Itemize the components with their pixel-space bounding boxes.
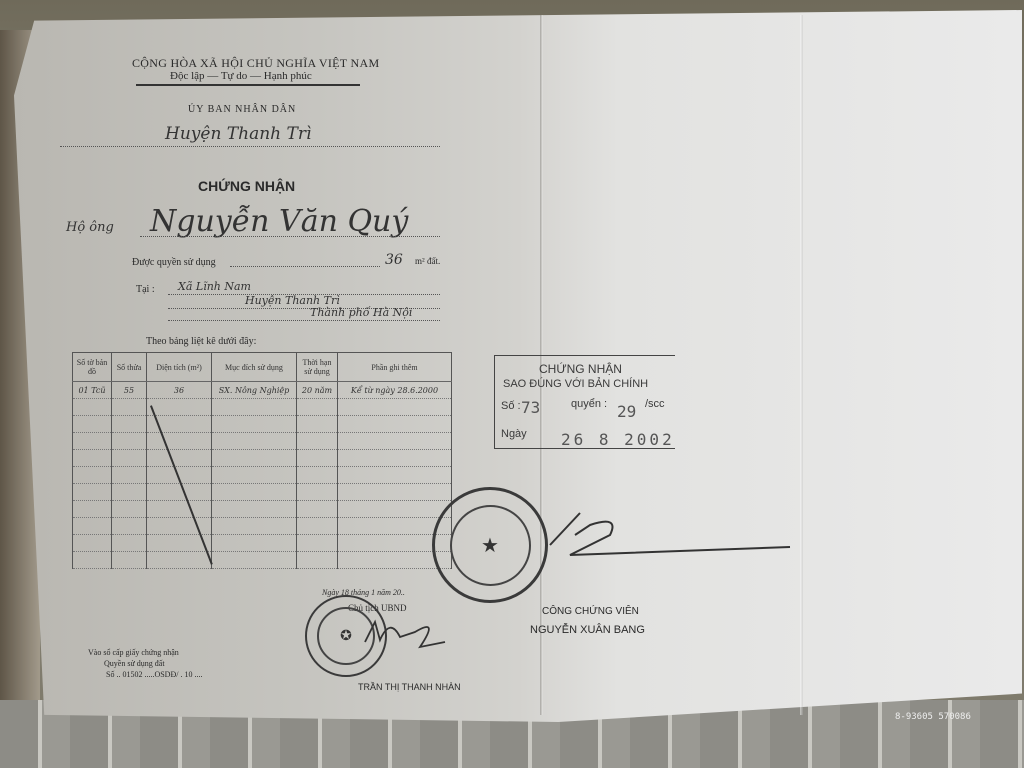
table-intro: Theo bảng liệt kê dưới đây:	[146, 336, 256, 347]
land-table: Số tờ bản đồ Số thửa Diện tích (m²) Mục …	[72, 352, 452, 569]
stamp-ngay-value: 26 8 2002	[561, 430, 675, 449]
owner-dotted-line	[140, 236, 440, 237]
cell-map-sheet: 01 Tcũ	[73, 382, 112, 399]
notary-role: CÔNG CHỨNG VIÊN	[542, 606, 639, 617]
notary-name: NGUYỄN XUÂN BANG	[530, 624, 645, 636]
registry-line-2: Quyền sử dụng đất	[104, 659, 165, 668]
table-row-empty	[73, 399, 452, 416]
stamp-ngay-label: Ngày	[501, 428, 527, 440]
cell-notes: Kể từ ngày 28.6.2000	[338, 382, 452, 399]
col-map-sheet: Số tờ bản đồ	[73, 353, 112, 382]
location-dotted-3	[168, 320, 440, 321]
certificate-title: CHỨNG NHẬN	[198, 178, 295, 194]
registry-line-1: Vào sổ cấp giấy chứng nhận	[88, 648, 179, 657]
table-row-empty	[73, 416, 452, 433]
stamp-so-value: 73	[521, 398, 540, 417]
table-row-empty	[73, 484, 452, 501]
stamp-quyen-value: 29	[617, 402, 636, 421]
notary-copy-stamp: CHỨNG NHẬN SAO ĐÚNG VỚI BẢN CHÍNH Số : 7…	[494, 355, 675, 449]
table-row-empty	[73, 518, 452, 535]
registry-line-3: Số .. 01502 .....OSDĐ/ . 10 ....	[106, 670, 202, 679]
district-handwritten: Huyện Thanh Trì	[165, 124, 311, 144]
notary-signature	[530, 505, 800, 565]
chairman-signature	[360, 612, 450, 652]
col-purpose: Mục đích sử dụng	[212, 353, 297, 382]
district-dotted-line	[60, 146, 440, 147]
serial-number: 8-93605 570086	[895, 712, 971, 722]
stamp-so-label: Số :	[501, 400, 521, 412]
usage-dotted-line	[230, 266, 380, 267]
col-duration: Thời hạn sử dụng	[297, 353, 338, 382]
header-divider	[136, 84, 360, 86]
owner-label: Hộ ông	[66, 220, 114, 235]
owner-name: Nguyễn Văn Quý	[150, 204, 408, 239]
fold-line-right	[800, 15, 803, 715]
motto: Độc lập — Tự do — Hạnh phúc	[170, 70, 312, 82]
stamp-title: CHỨNG NHẬN	[539, 362, 622, 376]
location-commune: Xã Lĩnh Nam	[178, 280, 251, 293]
table-row-empty	[73, 552, 452, 569]
emblem-star-icon: ★	[450, 505, 531, 586]
cell-purpose: SX. Nông Nghiệp	[212, 382, 297, 399]
cell-area: 36	[147, 382, 212, 399]
table-row-empty	[73, 501, 452, 518]
area-unit: m² đất.	[415, 256, 440, 266]
col-notes: Phần ghi thêm	[338, 353, 452, 382]
stamp-quyen-label: quyển :	[571, 398, 607, 410]
table-row-empty	[73, 467, 452, 484]
col-area: Diện tích (m²)	[147, 353, 212, 382]
area-value: 36	[385, 252, 403, 268]
table-header-row: Số tờ bản đồ Số thửa Diện tích (m²) Mục …	[73, 353, 452, 382]
table-row-empty	[73, 450, 452, 467]
stamp-suffix: /scc	[645, 398, 665, 410]
table-row-empty	[73, 535, 452, 552]
stamp-subtitle: SAO ĐÚNG VỚI BẢN CHÍNH	[503, 378, 648, 390]
table-row-empty	[73, 433, 452, 450]
cell-parcel: 55	[112, 382, 147, 399]
cell-duration: 20 năm	[297, 382, 338, 399]
committee-label: ỦY BAN NHÂN DÂN	[188, 104, 296, 115]
signer-name: TRẦN THỊ THANH NHÀN	[358, 682, 461, 692]
location-label: Tại :	[136, 284, 155, 295]
col-parcel: Số thửa	[112, 353, 147, 382]
republic-title: CỘNG HÒA XÃ HỘI CHỦ NGHĨA VIỆT NAM	[132, 56, 379, 71]
location-city: Thành phố Hà Nội	[310, 306, 412, 319]
usage-label: Được quyền sử dụng	[132, 257, 216, 268]
table-row: 01 Tcũ 55 36 SX. Nông Nghiệp 20 năm Kể t…	[73, 382, 452, 399]
